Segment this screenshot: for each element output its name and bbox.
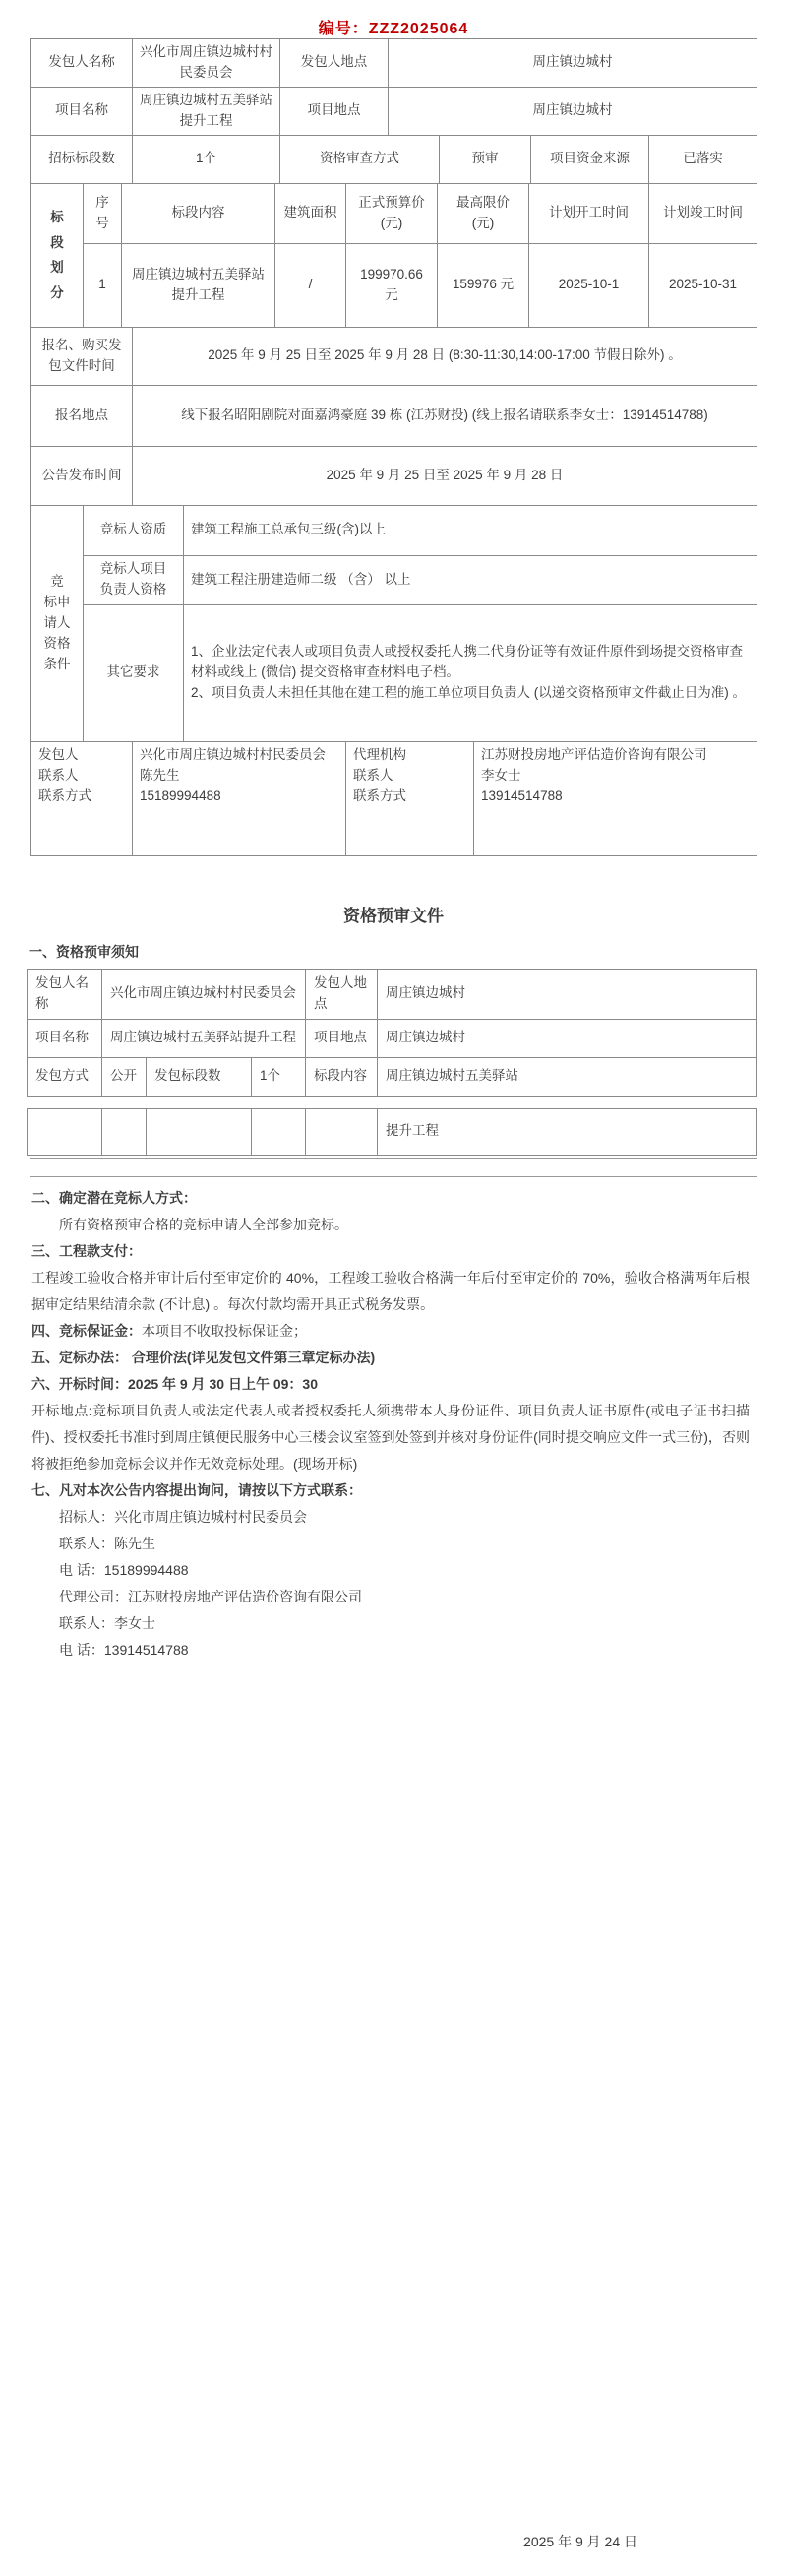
notice-block-bold: 二、确定潜在竞标人方式： [31,1190,197,1206]
footer-date: 2025 年 9 月 24 日 [0,2532,637,2551]
table-row: 发包人名称 兴化市周庄镇边城村村民委员会 发包人地点 周庄镇边城村 [28,969,757,1019]
col-start: 计划开工时间 [529,183,649,243]
agency-contact-value: 江苏财投房地产评估造价咨询有限公司 李女士 13914514788 [474,741,757,855]
col-seq: 序号 [84,183,122,243]
row-area: / [275,243,346,327]
notice-block: 所有资格预审合格的竞标申请人全部参加竞标。 [31,1212,750,1238]
project-summary-table: 发包人名称 兴化市周庄镇边城村村民委员会 发包人地点 周庄镇边城村 项目名称 周… [30,38,757,136]
prequal-info-table-continuation: 提升工程 [27,1108,757,1156]
qualification-table: 竞 标申 请人 资格 条件 竞标人资质 建筑工程施工总承包三级(含)以上 竞标人… [30,505,757,742]
employer-location-label: 发包人地点 [306,969,378,1019]
employer-location-value: 周庄镇边城村 [378,969,757,1019]
notice-block-text: 联系人：陈先生 [59,1536,155,1551]
table-header-row: 标 段 划 分 序号 标段内容 建筑面积 正式预算价 (元) 最高限价 (元) … [31,183,757,243]
prequal-info-table: 发包人名称 兴化市周庄镇边城村村民委员会 发包人地点 周庄镇边城村 项目名称 周… [27,969,757,1058]
prequal-title: 资格预审文件 [0,902,787,926]
notice-block: 招标人：兴化市周庄镇边城村村民委员会 [31,1504,750,1531]
table-row: 招标标段数 1个 资格审查方式 预审 项目资金来源 已落实 [31,135,757,183]
notice-block-text: 所有资格预审合格的竞标申请人全部参加竞标。 [59,1217,348,1232]
method-value: 公开 [102,1057,147,1096]
col-area: 建筑面积 [275,183,346,243]
count-value: 1个 [252,1057,306,1096]
row-cap: 159976 元 [438,243,529,327]
table-row: 发包人 联系人 联系方式 兴化市周庄镇边城村村民委员会 陈先生 15189994… [31,741,757,855]
pm-qual-value: 建筑工程注册建造师二级 （含） 以上 [184,555,757,604]
fund-source-label: 项目资金来源 [531,135,649,183]
col-cap: 最高限价 (元) [438,183,529,243]
notice-block: 开标地点:竞标项目负责人或法定代表人或者授权委托人须携带本人身份证件、项目负责人… [31,1398,750,1477]
project-name-value: 周庄镇边城村五美驿站提升工程 [133,87,280,135]
empty-cell [102,1108,147,1155]
col-content: 标段内容 [122,183,275,243]
notice-block-text: 工程竣工验收合格并审计后付至审定价的 40%，工程竣工验收合格满一年后付至审定价… [31,1270,750,1312]
project-name-value: 周庄镇边城村五美驿站提升工程 [102,1019,306,1057]
prequal-notice-heading: 一、资格预审须知 [29,942,787,962]
employer-name-value: 兴化市周庄镇边城村村民委员会 [133,39,280,88]
qual-group-label: 竞 标申 请人 资格 条件 [31,505,84,741]
table-row: 竞标人项目 负责人资格 建筑工程注册建造师二级 （含） 以上 [31,555,757,604]
employer-location-value: 周庄镇边城村 [389,39,757,88]
announce-time-value: 2025 年 9 月 25 日至 2025 年 9 月 28 日 [133,446,757,505]
notice-block-text: 电 话：13914514788 [59,1642,189,1658]
notice-block: 六、开标时间：2025 年 9 月 30 日上午 09：30 [31,1371,750,1398]
qual-method-value: 预审 [440,135,531,183]
table-row: 发包人名称 兴化市周庄镇边城村村民委员会 发包人地点 周庄镇边城村 [31,39,757,88]
section-division-label: 标 段 划 分 [31,183,84,327]
table-row: 报名地点 线下报名昭阳剧院对面嘉鸿豪庭 39 栋 (江苏财投) (线上报名请联系… [31,385,757,446]
table-row: 其它要求 1、企业法定代表人或项目负责人或授权委托人携二代身份证等有效证件原件到… [31,604,757,741]
project-location-label: 项目地点 [306,1019,378,1057]
notice-block-text: 电 话：15189994488 [59,1562,189,1578]
reg-time-label: 报名、购买发包文件时间 [31,327,133,385]
col-budget: 正式预算价 (元) [346,183,438,243]
qual-method-label: 资格审查方式 [280,135,440,183]
employer-name-label: 发包人名称 [28,969,102,1019]
row-start: 2025-10-1 [529,243,649,327]
project-name-label: 项目名称 [28,1019,102,1057]
other-req-value: 1、企业法定代表人或项目负责人或授权委托人携二代身份证等有效证件原件到场提交资格… [184,604,757,741]
prequal-info-table-row3: 发包方式 公开 发包标段数 1个 标段内容 周庄镇边城村五美驿站 [27,1057,757,1097]
notice-block: 七、凡对本次公告内容提出询问，请按以下方式联系： [31,1477,750,1504]
empty-cell [147,1108,252,1155]
registration-time-table: 报名、购买发包文件时间 2025 年 9 月 25 日至 2025 年 9 月 … [30,327,757,506]
row-budget: 199970.66 元 [346,243,438,327]
empty-cell [252,1108,306,1155]
table-row: 报名、购买发包文件时间 2025 年 9 月 25 日至 2025 年 9 月 … [31,327,757,385]
notice-block: 三、工程款支付： [31,1238,750,1265]
table-row: 发包方式 公开 发包标段数 1个 标段内容 周庄镇边城村五美驿站 [28,1057,757,1096]
table-row: 项目名称 周庄镇边城村五美驿站提升工程 项目地点 周庄镇边城村 [28,1019,757,1057]
content-value: 周庄镇边城村五美驿站 [378,1057,757,1096]
notice-block-text: 本项目不收取投标保证金； [142,1323,307,1339]
fund-source-value: 已落实 [649,135,757,183]
notice-block: 工程竣工验收合格并审计后付至审定价的 40%，工程竣工验收合格满一年后付至审定价… [31,1265,750,1318]
employer-contact-value: 兴化市周庄镇边城村村民委员会 陈先生 15189994488 [133,741,346,855]
row-end: 2025-10-31 [649,243,757,327]
section-count-label: 招标标段数 [31,135,133,183]
table-row: 公告发布时间 2025 年 9 月 25 日至 2025 年 9 月 28 日 [31,446,757,505]
project-summary-table-row3: 招标标段数 1个 资格审查方式 预审 项目资金来源 已落实 [30,135,757,184]
count-label: 发包标段数 [147,1057,252,1096]
section-data-row: 1 周庄镇边城村五美驿站提升工程 / 199970.66 元 159976 元 … [31,243,757,327]
employer-name-label: 发包人名称 [31,39,133,88]
table-row: 竞 标申 请人 资格 条件 竞标人资质 建筑工程施工总承包三级(含)以上 [31,505,757,555]
notice-sections: 二、确定潜在竞标人方式：所有资格预审合格的竞标申请人全部参加竞标。三、工程款支付… [31,1185,750,1664]
content-label: 标段内容 [306,1057,378,1096]
agency-contact-label: 代理机构 联系人 联系方式 [346,741,474,855]
project-location-label: 项目地点 [280,87,389,135]
notice-block: 代理公司：江苏财投房地产评估造价咨询有限公司 [31,1584,750,1610]
other-req-label: 其它要求 [84,604,184,741]
notice-block: 联系人：陈先生 [31,1531,750,1557]
notice-block-bold: 七、凡对本次公告内容提出询问，请按以下方式联系： [31,1482,362,1498]
row-seq: 1 [84,243,122,327]
notice-block-bold: 六、开标时间：2025 年 9 月 30 日上午 09：30 [31,1376,318,1392]
employer-contact-label: 发包人 联系人 联系方式 [31,741,133,855]
doc-number: 编号：ZZZ2025064 [0,0,787,38]
notice-block-text: 招标人：兴化市周庄镇边城村村民委员会 [59,1509,307,1525]
section-count-value: 1个 [133,135,280,183]
bidder-qual-value: 建筑工程施工总承包三级(含)以上 [184,505,757,555]
col-end: 计划竣工时间 [649,183,757,243]
project-location-value: 周庄镇边城村 [378,1019,757,1057]
qualification-materials-box [30,1158,757,1177]
empty-cell [28,1108,102,1155]
notice-block: 电 话：13914514788 [31,1637,750,1664]
notice-block-text: 代理公司：江苏财投房地产评估造价咨询有限公司 [59,1589,362,1604]
notice-block-text: 联系人：李女士 [59,1615,155,1631]
notice-block: 五、定标办法： 合理价法(详见发包文件第三章定标办法) [31,1345,750,1371]
notice-block-text: 开标地点:竞标项目负责人或法定代表人或者授权委托人须携带本人身份证件、项目负责人… [31,1403,750,1472]
section-division-table: 标 段 划 分 序号 标段内容 建筑面积 正式预算价 (元) 最高限价 (元) … [30,183,757,328]
notice-block-bold: 五、定标办法： 合理价法(详见发包文件第三章定标办法) [31,1350,375,1365]
bidder-qual-label: 竞标人资质 [84,505,184,555]
notice-block-bold: 三、工程款支付： [31,1243,142,1259]
row-content: 周庄镇边城村五美驿站提升工程 [122,243,275,327]
reg-time-value: 2025 年 9 月 25 日至 2025 年 9 月 28 日 (8:30-1… [133,327,757,385]
project-location-value: 周庄镇边城村 [389,87,757,135]
notice-block-bold: 四、竞标保证金： [31,1323,142,1339]
spacer [0,1097,787,1108]
content-continuation-value: 提升工程 [378,1108,757,1155]
notice-block: 二、确定潜在竞标人方式： [31,1185,750,1212]
employer-name-value: 兴化市周庄镇边城村村民委员会 [102,969,306,1019]
table-row: 项目名称 周庄镇边城村五美驿站提升工程 项目地点 周庄镇边城村 [31,87,757,135]
empty-cell [306,1108,378,1155]
contacts-table: 发包人 联系人 联系方式 兴化市周庄镇边城村村民委员会 陈先生 15189994… [30,741,757,856]
table-row: 提升工程 [28,1108,757,1155]
reg-place-value: 线下报名昭阳剧院对面嘉鸿豪庭 39 栋 (江苏财投) (线上报名请联系李女士：1… [133,385,757,446]
notice-block: 联系人：李女士 [31,1610,750,1637]
project-name-label: 项目名称 [31,87,133,135]
notice-block: 电 话：15189994488 [31,1557,750,1584]
method-label: 发包方式 [28,1057,102,1096]
pm-qual-label: 竞标人项目 负责人资格 [84,555,184,604]
notice-block: 四、竞标保证金：本项目不收取投标保证金； [31,1318,750,1345]
announce-time-label: 公告发布时间 [31,446,133,505]
reg-place-label: 报名地点 [31,385,133,446]
employer-location-label: 发包人地点 [280,39,389,88]
tender-notice-page: 编号：ZZZ2025064 发包人名称 兴化市周庄镇边城村村民委员会 发包人地点… [0,0,787,2576]
